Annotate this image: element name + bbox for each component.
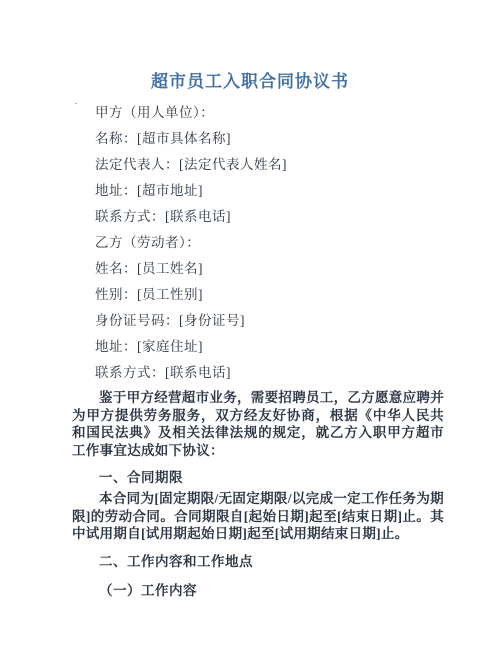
preamble-paragraph: 鉴于甲方经营超市业务，需要招聘员工，乙方愿意应聘并为甲方提供劳务服务，双方经友好… (72, 389, 444, 459)
field-employee-id-number: 身份证号码：[身份证号] (95, 308, 500, 334)
field-legal-representative: 法定代表人：[法定代表人姓名] (95, 152, 500, 178)
field-company-address: 地址：[超市地址] (95, 178, 500, 204)
field-employee-name: 姓名：[员工姓名] (95, 256, 500, 282)
section-1-heading: 一、合同期限 (72, 469, 444, 487)
section-2-heading: 二、工作内容和工作地点 (72, 553, 444, 571)
stray-bullet-mark: · (74, 99, 78, 110)
field-party-b-label: 乙方（劳动者）： (95, 230, 500, 256)
document-title: 超市员工入职合同协议书 (0, 71, 500, 93)
section-2-subheading: （一）工作内容 (72, 582, 444, 600)
party-info-fields: 甲方（用人单位）： 名称：[超市具体名称] 法定代表人：[法定代表人姓名] 地址… (95, 100, 500, 386)
field-employee-contact: 联系方式：[联系电话] (95, 360, 500, 386)
field-company-contact: 联系方式：[联系电话] (95, 204, 500, 230)
field-party-a-label: 甲方（用人单位）： (95, 100, 500, 126)
field-company-name: 名称：[超市具体名称] (95, 126, 500, 152)
section-1-body: 本合同为[固定期限/无固定期限/以完成一定工作任务为期限]的劳动合同。合同期限自… (72, 490, 444, 543)
field-employee-gender: 性别：[员工性别] (95, 282, 500, 308)
contract-document-page: 超市员工入职合同协议书 · 甲方（用人单位）： 名称：[超市具体名称] 法定代表… (0, 0, 500, 647)
field-home-address: 地址：[家庭住址] (95, 334, 500, 360)
